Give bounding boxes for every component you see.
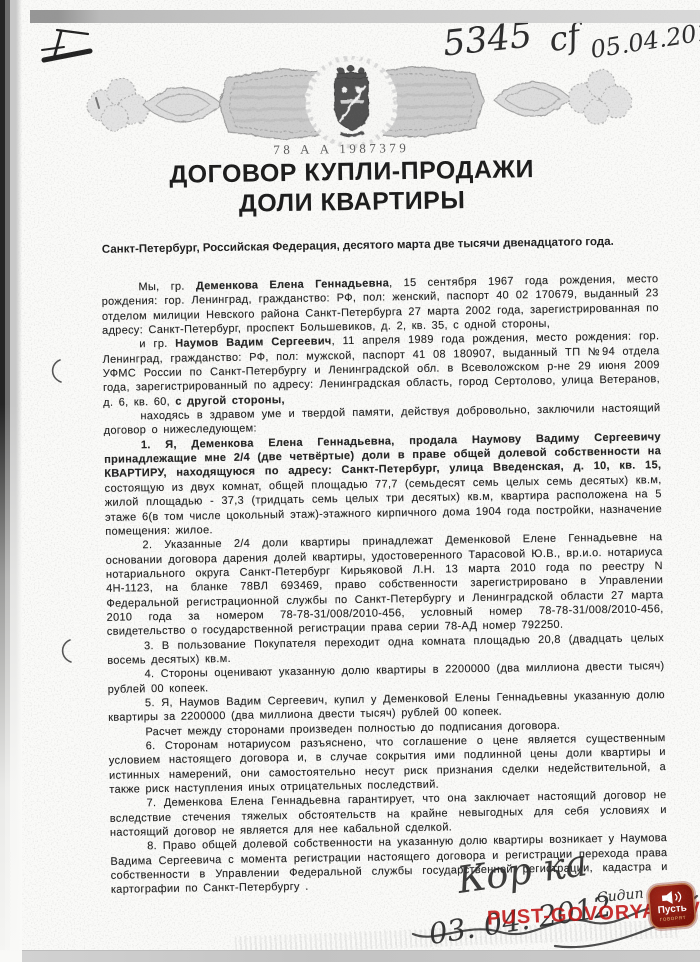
document-title: ДОГОВОР КУПЛИ-ПРОДАЖИ ДОЛИ КВАРТИРЫ — [26, 152, 677, 222]
scan-edge-left-fade — [0, 0, 22, 962]
paragraph: и гр. Наумов Вадим Сергеевич, 11 апреля … — [102, 330, 660, 410]
place-and-date-line: Санкт-Петербург, Российская Федерация, д… — [73, 234, 643, 258]
paragraph: 1. Я, Деменкова Елена Геннадьевна, прода… — [104, 430, 663, 539]
scanned-contract-page: 5345 сf 05.04.201, — [0, 0, 700, 962]
scan-edge-top — [30, 10, 700, 23]
paragraph: 2. Указанные 2/4 доли квартиры принадлеж… — [105, 530, 664, 639]
contract-body: Мы, гр. Деменкова Елена Геннадьевна, 15 … — [101, 272, 668, 897]
scan-edge-bottom — [0, 950, 700, 962]
paragraph: 6. Сторонам нотариусом разъяснено, что с… — [109, 731, 667, 797]
paragraph: Мы, гр. Деменкова Елена Геннадьевна, 15 … — [101, 272, 659, 338]
pust-govoryat-logo: Пусть ГОВОРЯТ — [647, 882, 697, 930]
logo-subtitle: ГОВОРЯТ — [660, 915, 687, 922]
notary-emblem-icon — [334, 66, 369, 137]
printed-content: 78 А А 1987379 ДОГОВОР КУПЛИ-ПРОДАЖИ ДОЛ… — [0, 0, 700, 962]
